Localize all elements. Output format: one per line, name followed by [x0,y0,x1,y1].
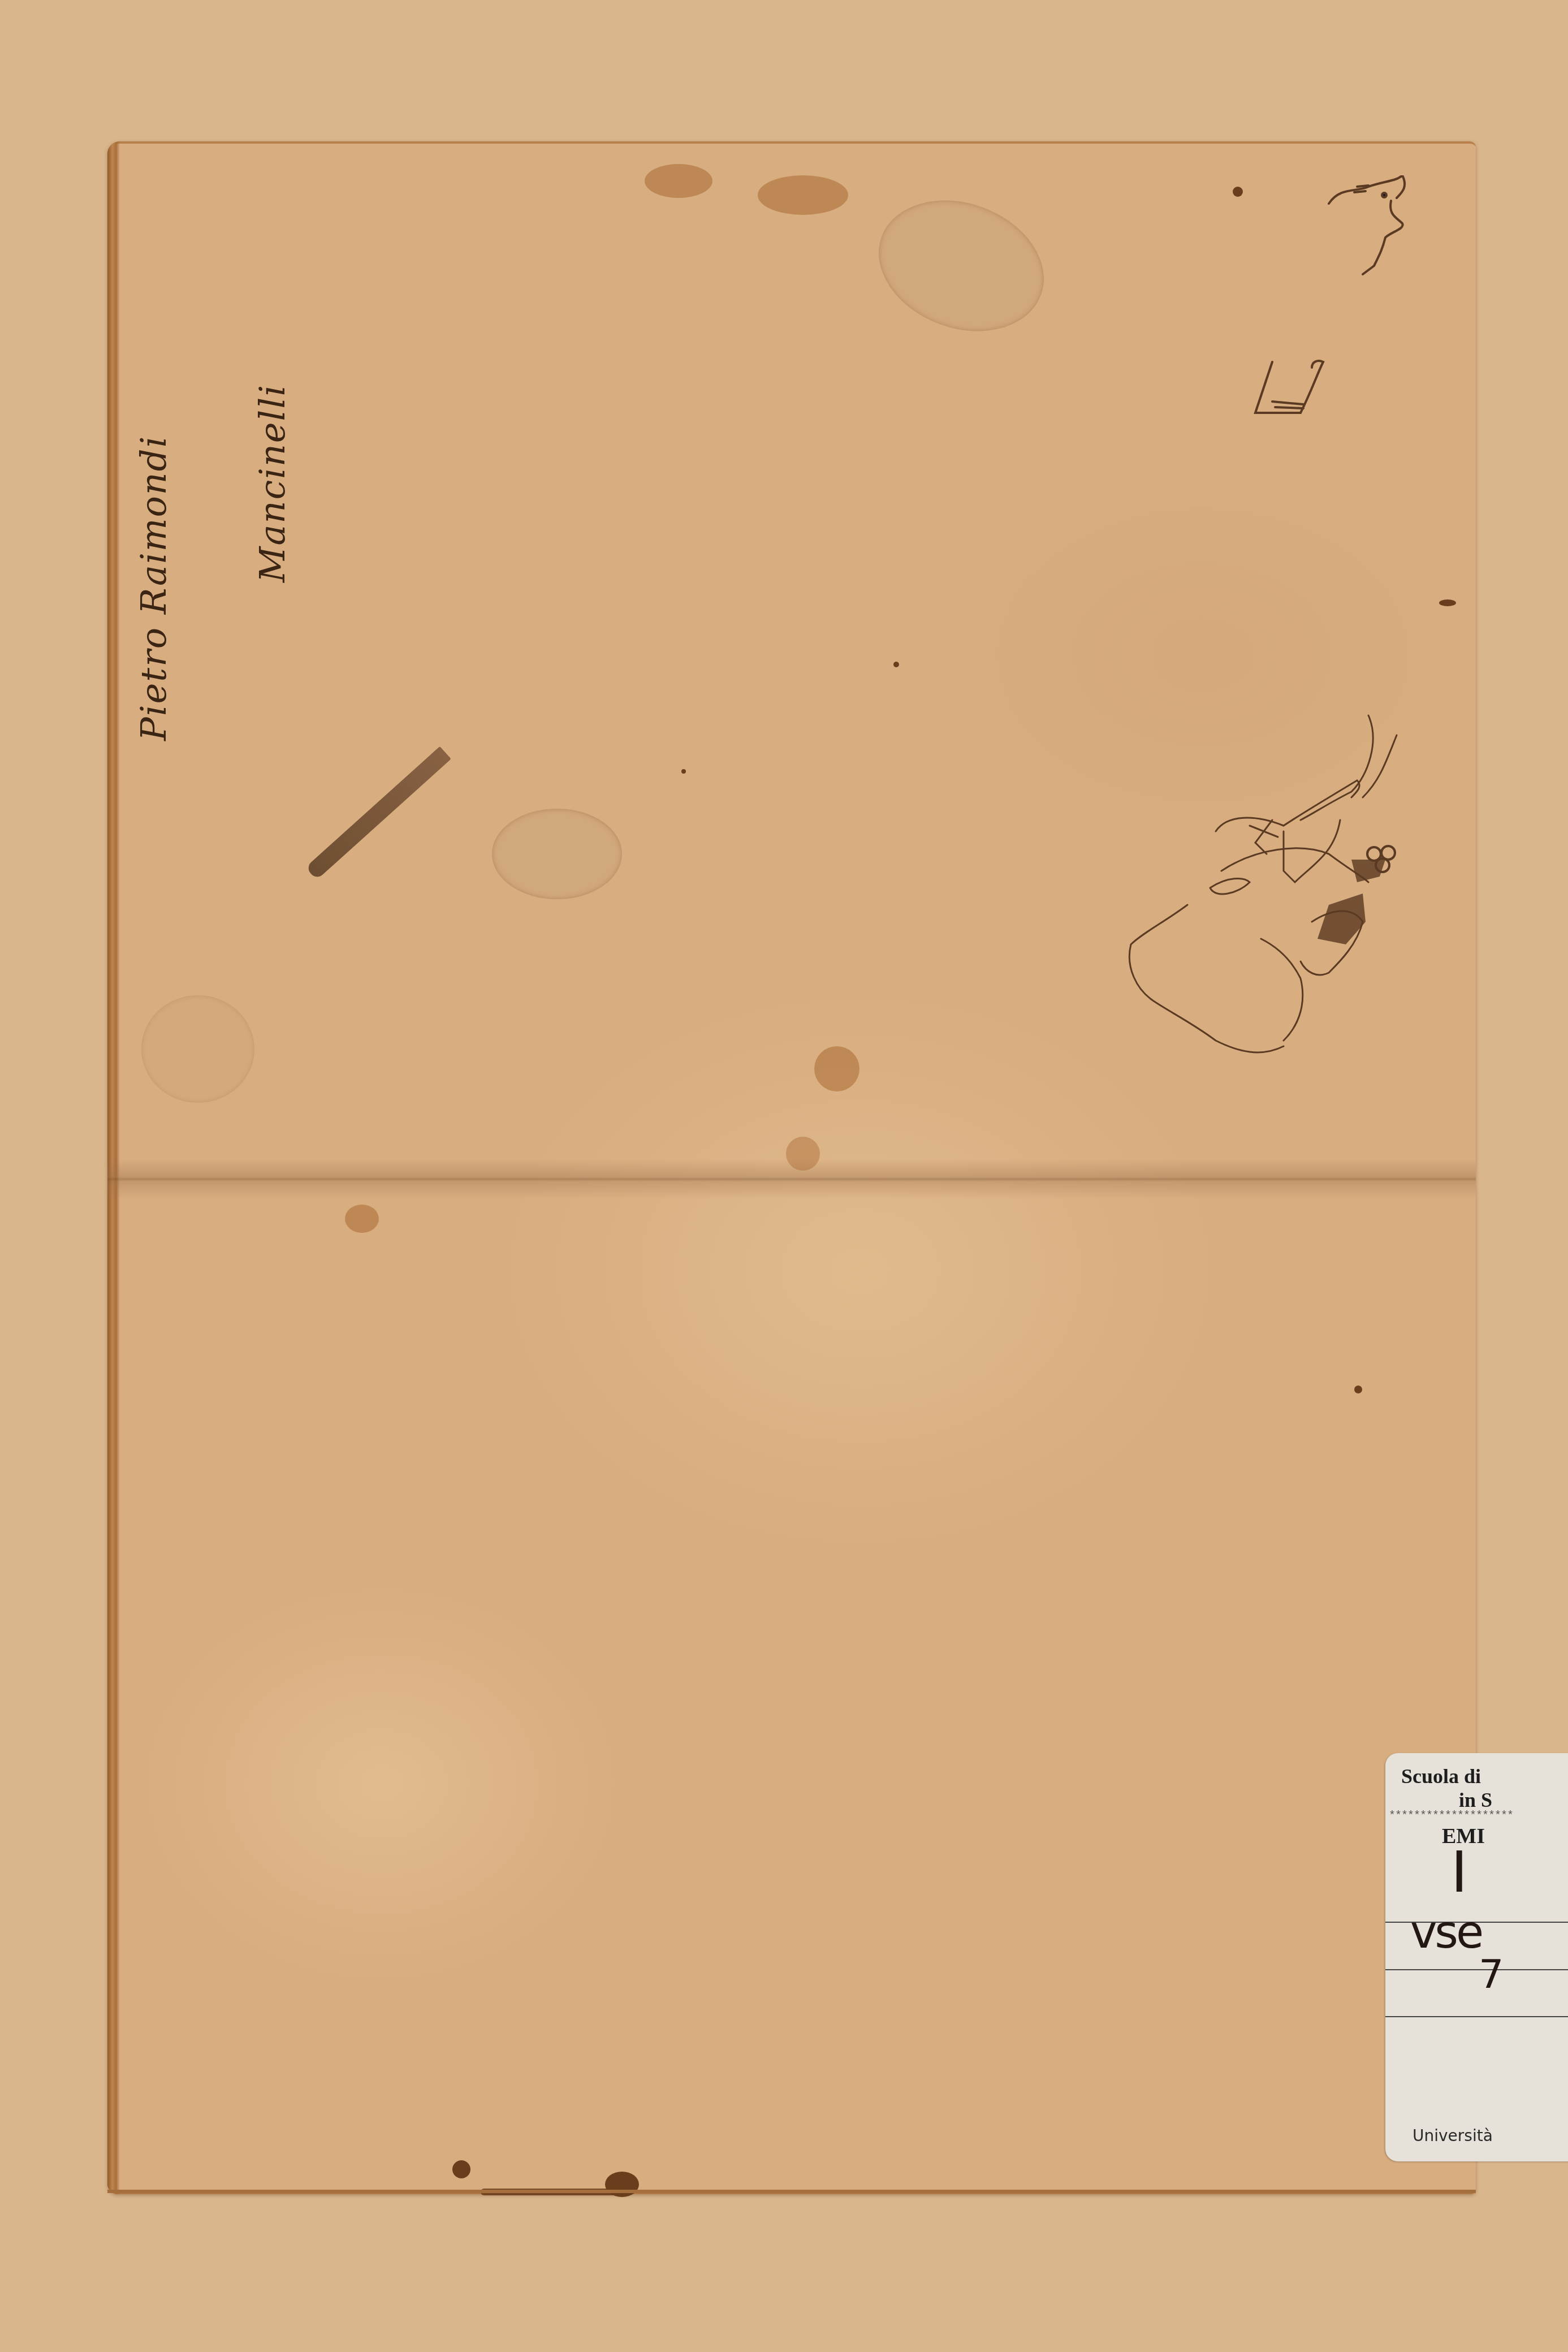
grotesque-head-sketch-icon [1323,175,1436,305]
handwritten-name-2: Mancinelli [252,384,293,582]
ink-spot [681,769,686,774]
water-stain [141,995,254,1103]
ink-spot [893,662,899,667]
ink-stroke [305,746,451,880]
flower-doodle-icon [1363,843,1402,877]
handwritten-name-1: Pietro Raimondi [133,435,174,741]
ink-spot [1233,187,1243,197]
water-stain [860,178,1062,353]
page-bottom-edge [107,2190,1476,2193]
ink-spot [1439,599,1456,606]
ink-spot [452,2160,470,2178]
foxing-spot [758,175,848,215]
water-stain [492,809,622,899]
library-shelfmark-label: Scuola di in S ******************** EMI … [1385,1753,1568,2161]
label-institution-line2: in S [1459,1788,1492,1812]
foxing-spot [786,1137,820,1171]
hand-sketch-icon [1250,356,1340,430]
foxing-spot [645,164,712,198]
label-rule [1385,1969,1568,1970]
manuscript-page: Pietro Raimondi Mancinelli [107,141,1476,2194]
ink-spot [1354,1386,1362,1393]
label-separator: ******************** [1389,1810,1513,1823]
foxing-spot [814,1046,859,1091]
label-shelfmark-3: 7 [1479,1951,1504,1997]
reclining-figure-sketch-icon [1114,707,1465,1193]
label-institution-line1: Scuola di [1401,1764,1481,1788]
label-rule [1385,2016,1568,2017]
foxing-spot [345,1205,379,1233]
label-shelfmark-1: I [1451,1839,1468,1905]
label-university: Università [1413,2126,1493,2145]
label-shelfmark-2: vse [1410,1906,1481,1958]
